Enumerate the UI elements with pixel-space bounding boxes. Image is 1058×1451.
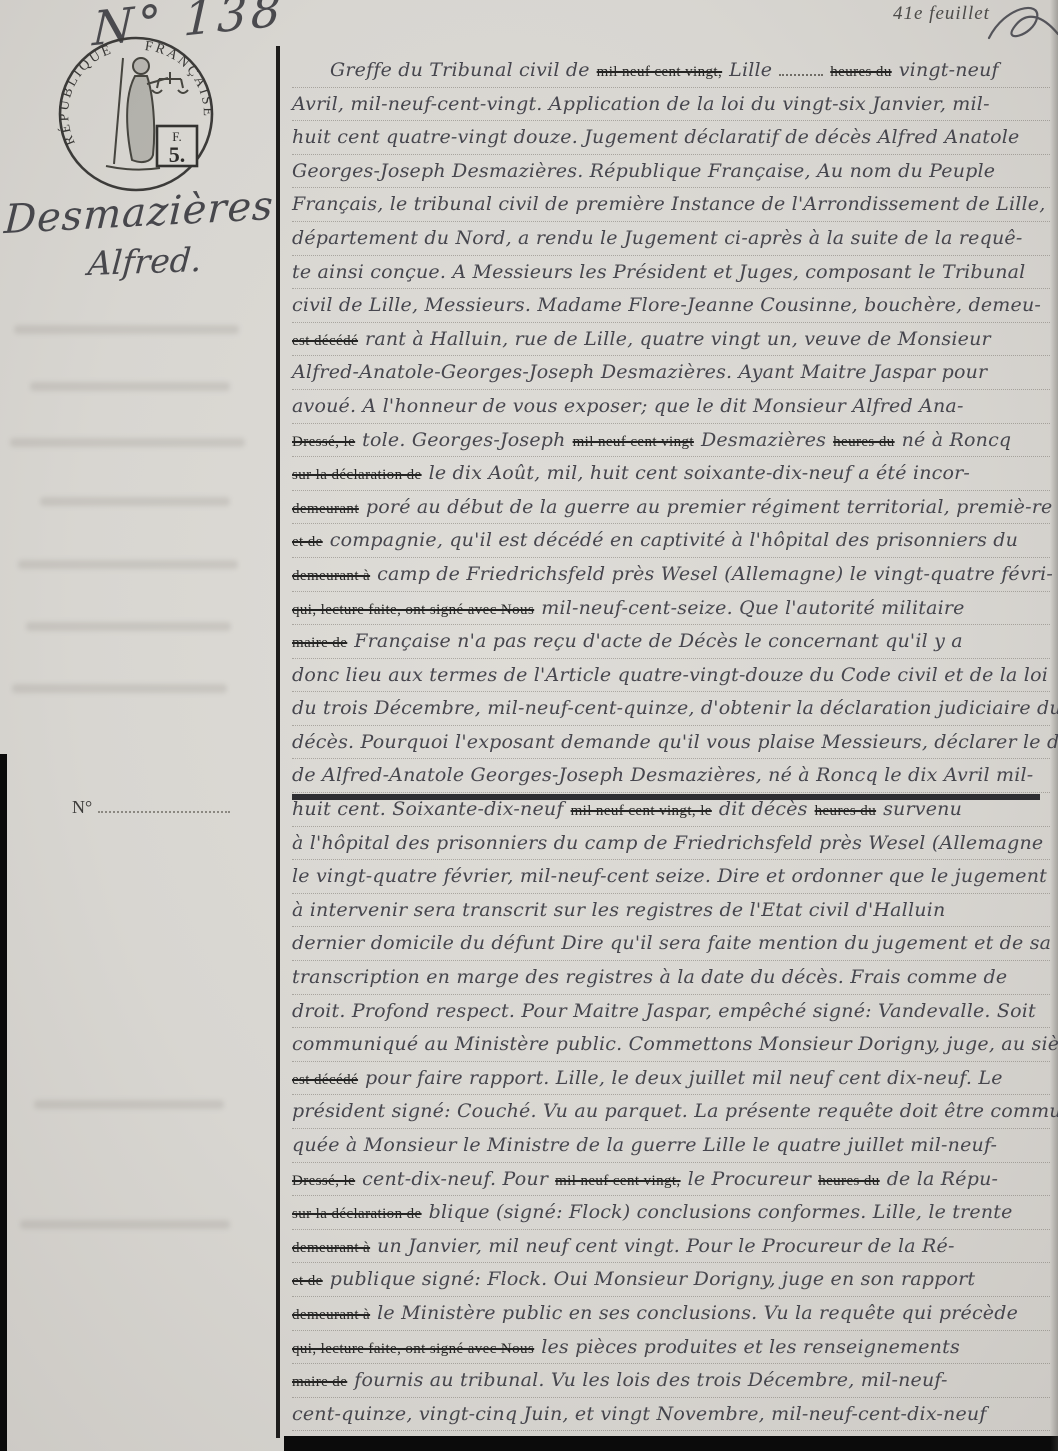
handwritten-text: survenu [883,798,962,820]
margin-deceased-surname: Desmazières [3,183,275,243]
bleed-through [26,622,231,631]
printed-form-text: mil neuf cent vingt [573,434,694,450]
handwritten-text: vingt-neuf [899,59,999,81]
act-line: et depublique signé: Flock. Oui Monsieur… [292,1263,1050,1297]
margin-deceased-firstname: Alfred. [87,240,203,283]
act-line: le vingt-quatre février, mil-neuf-cent s… [292,860,1050,894]
handwritten-text: rant à Halluin, rue de Lille, quatre vin… [365,328,991,350]
handwritten-text: publique signé: Flock. Oui Monsieur Dori… [330,1268,976,1290]
act-line: Georges-Joseph Desmazières. République F… [292,155,1050,189]
act-line: droit. Profond respect. Pour Maitre Jasp… [292,995,1050,1029]
act-line: est décédépour faire rapport. Lille, le … [292,1062,1050,1096]
republique-francaise-revenue-stamp: RÉPUBLIQUE FRANÇAISE F. 5. [56,34,216,194]
printed-form-text: qui, lecture faite, ont signé avec Nous [292,602,534,618]
bleed-through [10,438,245,447]
act-line: demeurantporé au début de la guerre au p… [292,491,1050,525]
printed-form-text: est décédé [292,333,358,349]
act-line: Greffe du Tribunal civil demil neuf cent… [292,54,1050,88]
bleed-through [34,1100,224,1109]
printed-form-text: Dressé, le [292,1173,355,1189]
handwritten-text: Française n'a pas reçu d'acte de Décès l… [354,630,963,652]
act-line: transcription en marge des registres à l… [292,961,1050,995]
handwritten-text: le dix Août, mil, huit cent soixante-dix… [429,462,970,484]
act-line: Français, le tribunal civil de première … [292,188,1050,222]
handwritten-text: Alfred-Anatole-Georges-Joseph Desmazière… [292,361,987,383]
printed-form-text: mil neuf cent vingt, le [571,803,712,819]
handwritten-text: de Alfred-Anatole Georges-Joseph Desmazi… [292,764,1033,786]
bleed-through [40,497,230,506]
handwritten-text: quée à Monsieur le Ministre de la guerre… [292,1134,997,1156]
handwritten-text: les pièces produites et les renseignemen… [541,1336,960,1358]
scan-edge-left [0,754,7,1451]
form-number-dotted-line [98,799,230,813]
handwritten-text: à intervenir sera transcrit sur les regi… [292,899,945,921]
bleed-through [18,560,238,569]
handwritten-text: dernier domicile du défunt Dire qu'il se… [292,932,1051,954]
handwritten-text: décès. Pourquoi l'exposant demande qu'il… [292,731,1058,753]
handwritten-text: Greffe du Tribunal civil de [330,59,590,81]
handwritten-text: le Procureur [688,1168,812,1190]
act-line: demeurant àle Ministère public en ses co… [292,1297,1050,1331]
act-line: Dressé, letole. Georges-Josephmil neuf c… [292,424,1050,458]
handwritten-text: dit décès [719,798,808,820]
handwritten-text: département du Nord, a rendu le Jugement… [292,227,1022,249]
printed-form-text: demeurant à [292,1240,370,1256]
act-line: demeurant àun Janvier, mil neuf cent vin… [292,1230,1050,1264]
handwritten-text: transcription en marge des registres à l… [292,966,1007,988]
act-line: civil de Lille, Messieurs. Madame Flore-… [292,289,1050,323]
handwritten-text: né à Roncq [902,429,1012,451]
act-line: maire defournis au tribunal. Vu les lois… [292,1364,1050,1398]
act-line: communiqué au Ministère public. Commetto… [292,1028,1050,1062]
printed-form-text: heures du [830,64,892,80]
handwritten-text: Desmazières [701,429,826,451]
printed-form-text: heures du [815,803,877,819]
act-line: à intervenir sera transcrit sur les regi… [292,894,1050,928]
act-line: à l'hôpital des prisonniers du camp de F… [292,827,1050,861]
printed-form-text: demeurant à [292,568,370,584]
handwritten-text: tole. Georges-Joseph [362,429,565,451]
handwritten-text: fournis au tribunal. Vu les lois des tro… [354,1369,947,1391]
act-line: quée à Monsieur le Ministre de la guerre… [292,1129,1050,1163]
stamp-value-box: F. 5. [157,126,197,167]
act-line: et decompagnie, qu'il est décédé en capt… [292,524,1050,558]
act-line: avoué. A l'honneur de vous exposer; que … [292,390,1050,424]
act-line: qui, lecture faite, ont signé avec Nousl… [292,1331,1050,1365]
heavy-underline: de Alfred-Anatole Georges-Joseph Desmazi… [292,759,1040,796]
printed-form-text: demeurant [292,501,359,517]
handwritten-text: civil de Lille, Messieurs. Madame Flore-… [292,294,1041,316]
handwritten-text: le vingt-quatre février, mil-neuf-cent s… [292,865,1047,887]
handwritten-text: droit. Profond respect. Pour Maitre Jasp… [292,1000,1036,1022]
act-line: du trois Décembre, mil-neuf-cent-quinze,… [292,692,1050,726]
handwritten-text: le Ministère public en ses conclusions. … [377,1302,1018,1324]
handwritten-text: compagnie, qu'il est décédé en captivité… [330,529,1018,551]
handwritten-text: huit cent. Soixante-dix-neuf [292,798,564,820]
printed-form-text: heures du [833,434,895,450]
act-line: est décédérant à Halluin, rue de Lille, … [292,323,1050,357]
printed-form-text: maire de [292,635,347,651]
act-line: qui, lecture faite, ont signé avec Nousm… [292,592,1050,626]
handwritten-text: Georges-Joseph Desmazières. République F… [292,160,995,182]
scan-edge-bottom [284,1436,1058,1451]
act-line: demeurant àcamp de Friedrichsfeld près W… [292,558,1050,592]
printed-form-text: est décédé [292,1072,358,1088]
handwritten-text: camp de Friedrichsfeld près Wesel (Allem… [377,563,1053,585]
stamp-value-amount: 5. [169,142,186,167]
act-line: président signé: Couché. Vu au parquet. … [292,1095,1050,1129]
act-line: département du Nord, a rendu le Jugement… [292,222,1050,256]
printed-form-text: mil neuf cent vingt, [597,64,722,80]
handwritten-text: à l'hôpital des prisonniers du camp de F… [292,832,1043,854]
bleed-through [20,1220,230,1229]
handwritten-text: de la Répu- [887,1168,998,1190]
stamp-left-arc-text: RÉPUBLIQUE [56,42,115,147]
printed-form-text: maire de [292,1374,347,1390]
act-line: décès. Pourquoi l'exposant demande qu'il… [292,726,1050,760]
handwritten-text: huit cent quatre-vingt douze. Jugement d… [292,126,1019,148]
handwritten-text: te ainsi conçue. A Messieurs les Préside… [292,261,1025,283]
act-line: Dressé, lecent-dix-neuf. Pourmil neuf ce… [292,1163,1050,1197]
handwritten-text: pour faire rapport. Lille, le deux juill… [365,1067,1003,1089]
act-line: huit cent quatre-vingt douze. Jugement d… [292,121,1050,155]
scanned-register-page: 41e feuillet N° 138 RÉPUBLIQUE FRANÇAISE [0,0,1058,1451]
handwritten-text: Lille [729,59,772,81]
scan-edge-right [1050,0,1058,1451]
handwritten-text: poré au début de la guerre au premier ré… [366,496,1053,518]
bleed-through [14,325,239,334]
margin-rule-line [276,46,280,1438]
handwritten-text: un Janvier, mil neuf cent vingt. Pour le… [377,1235,954,1257]
act-line: dernier domicile du défunt Dire qu'il se… [292,927,1050,961]
handwritten-text: président signé: Couché. Vu au parquet. … [292,1100,1058,1122]
printed-form-text: et de [292,534,323,550]
act-line: donc lieu aux termes de l'Article quatre… [292,659,1050,693]
act-line: te ainsi conçue. A Messieurs les Préside… [292,256,1050,290]
handwritten-text: blique (signé: Flock) conclusions confor… [429,1201,1013,1223]
act-line: de Alfred-Anatole Georges-Joseph Desmazi… [292,759,1050,793]
printed-form-text: qui, lecture faite, ont signé avec Nous [292,1341,534,1357]
handwritten-text: cent-quinze, vingt-cinq Juin, et vingt N… [292,1403,987,1425]
act-text: Greffe du Tribunal civil demil neuf cent… [292,54,1050,1431]
act-line: Alfred-Anatole-Georges-Joseph Desmazière… [292,356,1050,390]
bleed-through [12,684,227,693]
handwritten-text: du trois Décembre, mil-neuf-cent-quinze,… [292,697,1058,719]
dotted-fill-line [779,61,823,76]
handwritten-text: Avril, mil-neuf-cent-vingt. Application … [292,93,990,115]
printed-form-text: demeurant à [292,1307,370,1323]
printed-form-text: sur la déclaration de [292,1206,422,1222]
printed-form-text: Dressé, le [292,434,355,450]
folio-label: 41e feuillet [893,3,990,25]
act-line: sur la déclaration deblique (signé: Floc… [292,1196,1050,1230]
handwritten-text: donc lieu aux termes de l'Article quatre… [292,664,1048,686]
handwritten-text: communiqué au Ministère public. Commetto… [292,1033,1058,1055]
act-line: Avril, mil-neuf-cent-vingt. Application … [292,88,1050,122]
handwritten-text: cent-dix-neuf. Pour [362,1168,548,1190]
handwritten-text: avoué. A l'honneur de vous exposer; que … [292,395,964,417]
act-line: cent-quinze, vingt-cinq Juin, et vingt N… [292,1398,1050,1432]
form-number-field: N° [72,797,230,818]
act-line: maire deFrançaise n'a pas reçu d'acte de… [292,625,1050,659]
handwritten-text: mil-neuf-cent-seize. Que l'autorité mili… [541,597,964,619]
printed-form-text: et de [292,1273,323,1289]
form-number-label: N° [72,797,92,817]
bleed-through [30,382,230,391]
act-line: sur la déclaration dele dix Août, mil, h… [292,457,1050,491]
printed-form-text: heures du [818,1173,880,1189]
printed-form-text: mil neuf cent vingt, [555,1173,680,1189]
handwritten-text: Français, le tribunal civil de première … [292,193,1045,215]
printed-form-text: sur la déclaration de [292,467,422,483]
act-line: huit cent. Soixante-dix-neufmil neuf cen… [292,793,1050,827]
clerk-paraph-flourish [985,0,1058,56]
